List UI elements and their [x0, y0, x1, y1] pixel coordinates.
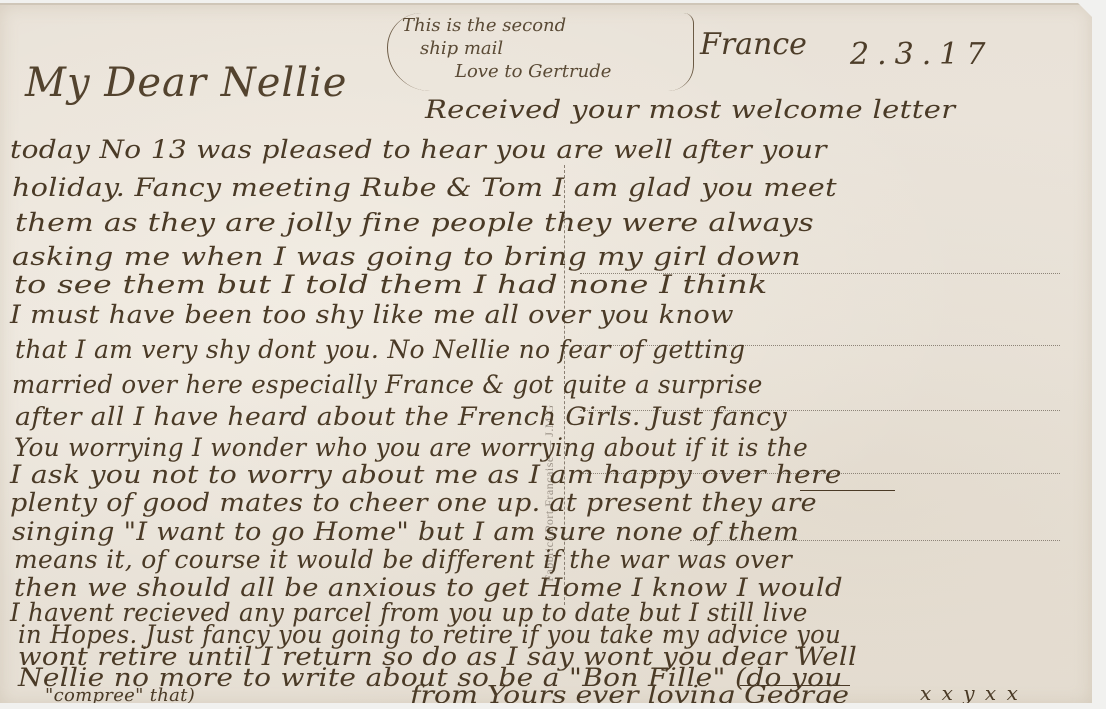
body-line: I must have been too shy like me all ove…	[10, 300, 734, 329]
kisses: x x y x x	[920, 681, 1020, 705]
postcard-scan: Fabbrica Port Francaise — J.M.G This is …	[0, 0, 1106, 709]
body-line: means it, of course it would be differen…	[14, 545, 792, 574]
body-line: You worrying I wonder who you are worryi…	[14, 433, 808, 462]
body-line: to see them but I told them I had none I…	[14, 270, 768, 299]
body-line: singing "I want to go Home" but I am sur…	[12, 517, 799, 546]
body-line: married over here especially France & go…	[12, 370, 763, 399]
body-line: today No 13 was pleased to hear you are …	[10, 135, 827, 164]
corner-note-line: ship mail	[420, 38, 503, 59]
body-line: them as they are jolly fine people they …	[15, 208, 814, 237]
corner-note-line: This is the second	[402, 15, 566, 36]
body-line: Received your most welcome letter	[425, 95, 955, 124]
happy-underline	[800, 490, 895, 491]
body-line: asking me when I was going to bring my g…	[12, 242, 801, 271]
place-name: France	[700, 27, 807, 62]
body-line: holiday. Fancy meeting Rube & Tom I am g…	[12, 173, 837, 202]
postcard-back: Fabbrica Port Francaise — J.M.G This is …	[0, 3, 1094, 708]
closing-signature: from Yours ever loving George	[410, 681, 849, 709]
body-line: after all I have heard about the French …	[15, 402, 787, 431]
corner-note-line: Love to Gertrude	[455, 61, 611, 82]
salutation: My Dear Nellie	[25, 60, 347, 106]
body-line: I ask you not to worry about me as I am …	[10, 460, 842, 489]
body-line: that I am very shy dont you. No Nellie n…	[15, 335, 745, 364]
letter-date: 2.3.17	[850, 37, 993, 72]
body-line: plenty of good mates to cheer one up. at…	[10, 488, 817, 517]
body-line: "compree" that)	[45, 685, 195, 706]
